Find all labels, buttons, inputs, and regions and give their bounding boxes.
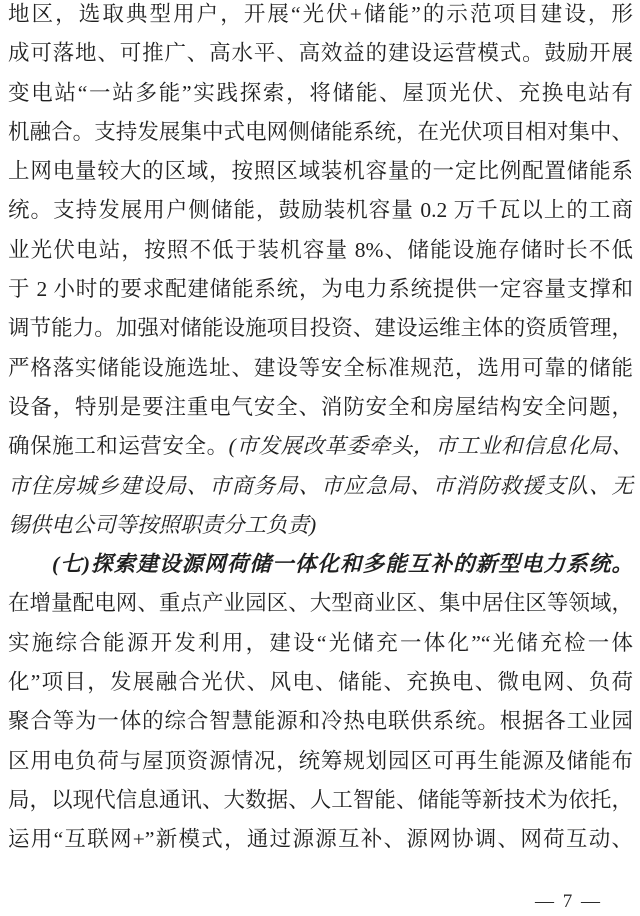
text-segment: 运用“互联网+”新模式，通过源源互补、源网协调、网荷互动、 bbox=[8, 827, 633, 851]
text-line: 聚合等为一体的综合智慧能源和冷热电联供系统。根据各工业园 bbox=[8, 702, 633, 741]
text-line: 统。支持发展用户侧储能，鼓励装机容量 0.2 万千瓦以上的工商 bbox=[8, 191, 633, 230]
page-number: — 7 — bbox=[535, 891, 602, 913]
text-segment: 于 2 小时的要求配建储能系统，为电力系统提供一定容量支撑和 bbox=[8, 277, 633, 301]
text-segment: 局，以现代信息通讯、大数据、人工智能、储能等新技术为依托， bbox=[8, 788, 633, 812]
text-segment: 市住房城乡建设局、市商务局、市应急局、市消防救援支队、无 bbox=[8, 474, 633, 498]
text-segment: 设备，特别是要注重电气安全、消防安全和房屋结构安全问题， bbox=[8, 395, 633, 419]
text-line: 区用电负荷与屋顶资源情况，统筹规划园区可再生能源及储能布 bbox=[8, 742, 633, 781]
text-line: 局，以现代信息通讯、大数据、人工智能、储能等新技术为依托， bbox=[8, 781, 633, 820]
text-segment: (七)探索建设源网荷储一体化和多能互补的新型电力系统。 bbox=[52, 552, 633, 576]
text-line: 机融合。支持发展集中式电网侧储能系统，在光伏项目相对集中、 bbox=[8, 113, 633, 152]
document-page: 地区，选取典型用户，开展“光伏+储能”的示范项目建设，形成可落地、可推广、高水平… bbox=[0, 0, 640, 916]
text-line: 地区，选取典型用户，开展“光伏+储能”的示范项目建设，形 bbox=[8, 0, 633, 34]
text-line: 成可落地、可推广、高水平、高效益的建设运营模式。鼓励开展 bbox=[8, 34, 633, 73]
text-segment: 区用电负荷与屋顶资源情况，统筹规划园区可再生能源及储能布 bbox=[8, 749, 633, 773]
text-line: 业光伏电站，按照不低于装机容量 8%、储能设施存储时长不低 bbox=[8, 231, 633, 270]
text-line: 设备，特别是要注重电气安全、消防安全和房屋结构安全问题， bbox=[8, 388, 633, 427]
text-line: 化”项目，发展融合光伏、风电、储能、充换电、微电网、负荷 bbox=[8, 663, 633, 702]
text-line: 实施综合能源开发利用，建设“光储充一体化”“光储充检一体 bbox=[8, 624, 633, 663]
text-line: 调节能力。加强对储能设施项目投资、建设运维主体的资质管理， bbox=[8, 309, 633, 348]
text-line: 上网电量较大的区域，按照区域装机容量的一定比例配置储能系 bbox=[8, 152, 633, 191]
text-line: 严格落实储能设施选址、建设等安全标准规范，选用可靠的储能 bbox=[8, 349, 633, 388]
text-segment: (市发展改革委牵头，市工业和信息化局、 bbox=[229, 434, 633, 458]
text-segment: 调节能力。加强对储能设施项目投资、建设运维主体的资质管理， bbox=[8, 316, 633, 340]
text-line: 在增量配电网、重点产业园区、大型商业区、集中居住区等领域， bbox=[8, 584, 633, 623]
text-segment: 统。支持发展用户侧储能，鼓励装机容量 0.2 万千瓦以上的工商 bbox=[8, 198, 633, 222]
text-segment: 地区，选取典型用户，开展“光伏+储能”的示范项目建设，形 bbox=[8, 2, 633, 26]
text-segment: 实施综合能源开发利用，建设“光储充一体化”“光储充检一体 bbox=[8, 631, 633, 655]
text-segment: 上网电量较大的区域，按照区域装机容量的一定比例配置储能系 bbox=[8, 159, 633, 183]
body-text: 地区，选取典型用户，开展“光伏+储能”的示范项目建设，形成可落地、可推广、高水平… bbox=[8, 0, 633, 860]
text-segment: 成可落地、可推广、高水平、高效益的建设运营模式。鼓励开展 bbox=[8, 41, 633, 65]
text-line: (七)探索建设源网荷储一体化和多能互补的新型电力系统。 bbox=[8, 545, 633, 584]
text-segment: 业光伏电站，按照不低于装机容量 8%、储能设施存储时长不低 bbox=[8, 238, 633, 262]
text-line: 市住房城乡建设局、市商务局、市应急局、市消防救援支队、无 bbox=[8, 467, 633, 506]
text-segment: 化”项目，发展融合光伏、风电、储能、充换电、微电网、负荷 bbox=[8, 670, 633, 694]
text-segment: 在增量配电网、重点产业园区、大型商业区、集中居住区等领域， bbox=[8, 591, 633, 615]
text-line: 运用“互联网+”新模式，通过源源互补、源网协调、网荷互动、 bbox=[8, 820, 633, 859]
text-segment: 锡供电公司等按照职责分工负责) bbox=[8, 513, 316, 537]
text-segment: 确保施工和运营安全。 bbox=[8, 434, 229, 458]
text-line: 变电站“一站多能”实践探索，将储能、屋顶光伏、充换电站有 bbox=[8, 74, 633, 113]
text-line: 于 2 小时的要求配建储能系统，为电力系统提供一定容量支撑和 bbox=[8, 270, 633, 309]
text-segment: 变电站“一站多能”实践探索，将储能、屋顶光伏、充换电站有 bbox=[8, 81, 633, 105]
text-segment: 严格落实储能设施选址、建设等安全标准规范，选用可靠的储能 bbox=[8, 356, 633, 380]
text-segment: 机融合。支持发展集中式电网侧储能系统，在光伏项目相对集中、 bbox=[8, 120, 633, 144]
text-line: 确保施工和运营安全。(市发展改革委牵头，市工业和信息化局、 bbox=[8, 427, 633, 466]
text-line: 锡供电公司等按照职责分工负责) bbox=[8, 506, 633, 545]
text-segment: 聚合等为一体的综合智慧能源和冷热电联供系统。根据各工业园 bbox=[8, 709, 633, 733]
